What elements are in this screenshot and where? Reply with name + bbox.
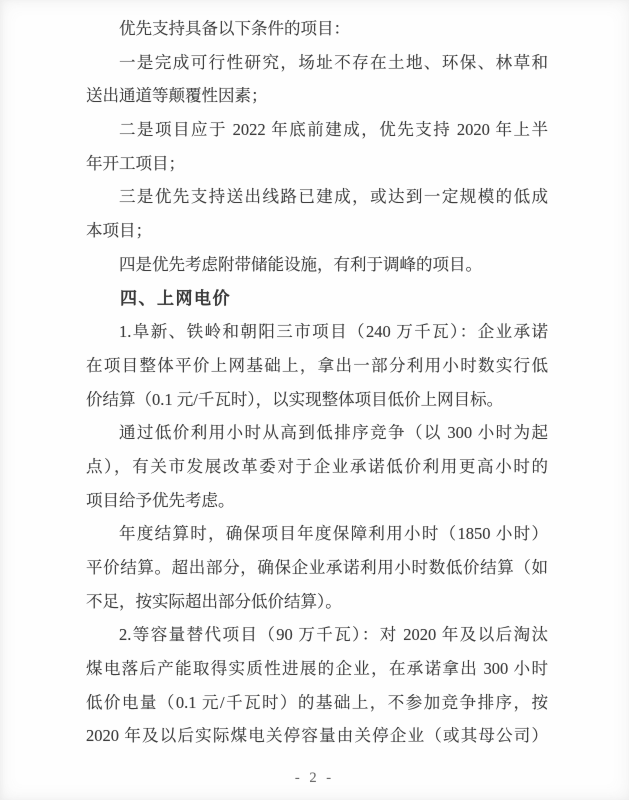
document-line: 二是项目应于 2022 年底前建成，优先支持 2020 年上半 <box>86 113 548 147</box>
document-line: 不足，按实际超出部分低价结算）。 <box>86 585 548 619</box>
document-line: 1.阜新、铁岭和朝阳三市项目（240 万千瓦）：企业承诺 <box>86 315 548 349</box>
document-line: 2.等容量替代项目（90 万千瓦）：对 2020 年及以后淘汰 <box>86 618 548 652</box>
document-line: 四是优先考虑附带储能设施，有利于调峰的项目。 <box>86 248 548 282</box>
document-line: 平价结算。超出部分，确保企业承诺利用小时数低价结算（如 <box>86 551 548 585</box>
page-number: - 2 - <box>0 770 629 787</box>
document-line: 2020 年及以后实际煤电关停容量由关停企业（或其母公司） <box>86 719 548 753</box>
section-heading: 四、上网电价 <box>86 282 548 316</box>
document-line: 项目给予优先考虑。 <box>86 484 548 518</box>
document-line: 低价电量（0.1 元/千瓦时）的基础上，不参加竞争排序，按 <box>86 686 548 720</box>
document-page: 优先支持具备以下条件的项目： 一是完成可行性研究，场址不存在土地、环保、林草和 … <box>0 0 629 800</box>
document-line: 价结算（0.1 元/千瓦时），以实现整体项目低价上网目标。 <box>86 383 548 417</box>
document-line: 一是完成可行性研究，场址不存在土地、环保、林草和 <box>86 46 548 80</box>
document-line: 点），有关市发展改革委对于企业承诺低价利用更高小时的 <box>86 450 548 484</box>
document-line: 送出通道等颠覆性因素； <box>86 79 548 113</box>
document-line: 年度结算时，确保项目年度保障利用小时（1850 小时） <box>86 517 548 551</box>
document-line: 三是优先支持送出线路已建成，或达到一定规模的低成 <box>86 180 548 214</box>
document-line: 年开工项目； <box>86 147 548 181</box>
document-line: 煤电落后产能取得实质性进展的企业，在承诺拿出 300 小时 <box>86 652 548 686</box>
document-line: 通过低价利用小时从高到低排序竞争（以 300 小时为起 <box>86 416 548 450</box>
document-line: 在项目整体平价上网基础上，拿出一部分利用小时数实行低 <box>86 349 548 383</box>
document-text-block: 优先支持具备以下条件的项目： 一是完成可行性研究，场址不存在土地、环保、林草和 … <box>86 12 548 753</box>
document-line: 优先支持具备以下条件的项目： <box>86 12 548 46</box>
document-line: 本项目； <box>86 214 548 248</box>
